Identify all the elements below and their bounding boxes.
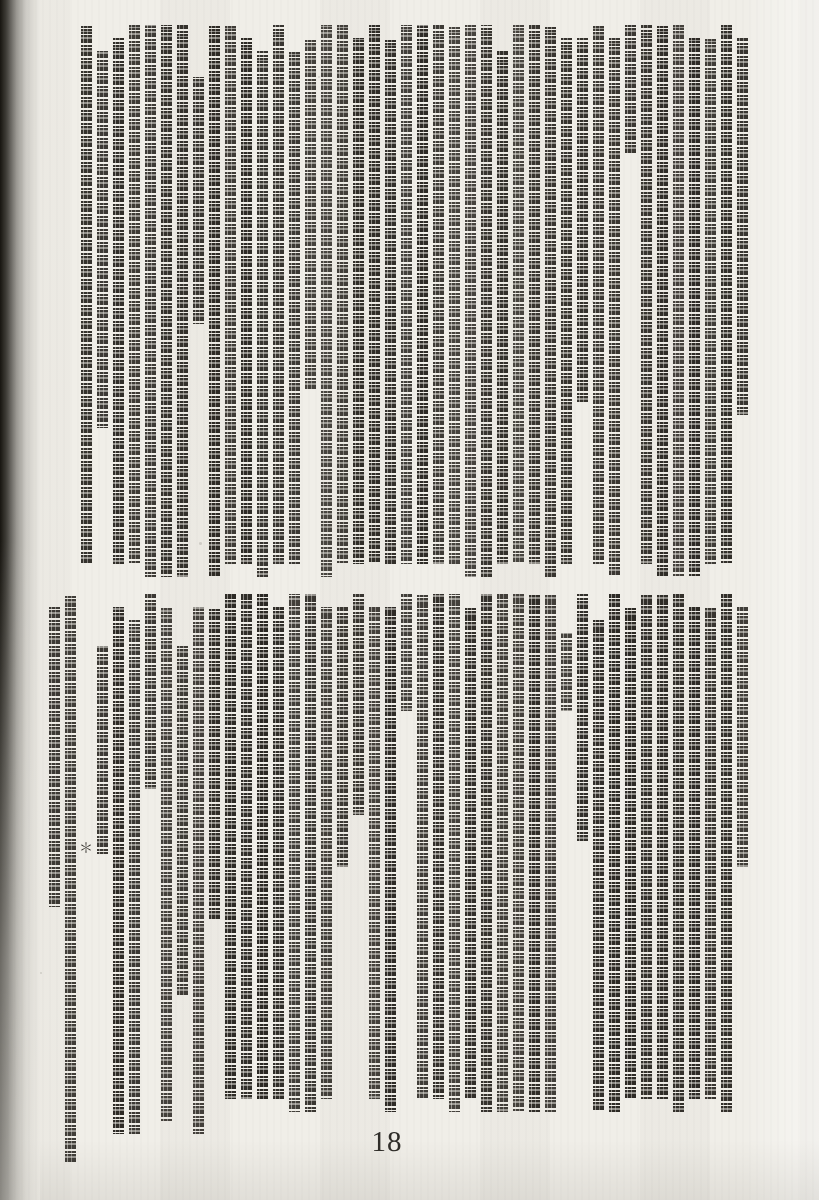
text-column [273, 25, 284, 564]
text-column [225, 25, 236, 564]
text-column [609, 38, 620, 577]
text-column [545, 594, 556, 1112]
text-column [641, 594, 652, 1099]
text-column [449, 25, 460, 564]
text-column [177, 646, 188, 997]
text-block-bottom [49, 594, 748, 1179]
section-break-marker: ＊ [77, 843, 95, 857]
text-column [705, 38, 716, 564]
text-column [417, 594, 428, 1099]
text-column [625, 25, 636, 155]
text-column [433, 25, 444, 564]
text-column [241, 38, 252, 564]
text-column [449, 594, 460, 1112]
text-column [593, 620, 604, 1112]
text-column [161, 25, 172, 577]
text-column [321, 607, 332, 1099]
text-column [481, 25, 492, 577]
text-column [737, 38, 748, 415]
text-column [497, 594, 508, 1112]
page-number: 18 [360, 1126, 414, 1158]
text-column [385, 38, 396, 564]
text-column [657, 25, 668, 577]
scan-speck [40, 972, 42, 974]
text-column [209, 607, 220, 919]
text-column [49, 607, 60, 907]
text-column [353, 594, 364, 815]
text-column [641, 25, 652, 564]
text-column [513, 25, 524, 564]
text-column [177, 25, 188, 577]
text-column [673, 594, 684, 1112]
text-column [625, 607, 636, 1099]
text-column [129, 620, 140, 1134]
text-column [577, 38, 588, 402]
text-column [385, 607, 396, 1112]
text-column [401, 25, 412, 564]
text-column [673, 25, 684, 577]
text-block-top [81, 25, 748, 585]
text-column [609, 594, 620, 1112]
text-column [145, 25, 156, 577]
text-column [257, 594, 268, 1099]
text-column [305, 594, 316, 1112]
text-column [337, 25, 348, 564]
text-column [257, 51, 268, 577]
text-column [289, 51, 300, 564]
text-column [529, 594, 540, 1112]
text-column [129, 25, 140, 564]
text-column [113, 38, 124, 564]
text-column [417, 25, 428, 564]
text-column [705, 607, 716, 1099]
text-column [593, 25, 604, 564]
text-column [81, 25, 92, 564]
text-column [561, 633, 572, 711]
text-column [241, 594, 252, 1099]
text-column [369, 607, 380, 1099]
text-column [225, 594, 236, 1099]
text-column [273, 607, 284, 1099]
text-column [193, 607, 204, 1134]
text-column [513, 594, 524, 1112]
text-column [689, 38, 700, 577]
text-column [721, 594, 732, 1112]
text-column [561, 38, 572, 564]
text-column [193, 77, 204, 324]
text-column [657, 594, 668, 1099]
text-column [545, 25, 556, 577]
text-column [97, 51, 108, 428]
text-column [321, 25, 332, 577]
text-column [721, 25, 732, 564]
text-column [689, 607, 700, 1099]
text-column [577, 594, 588, 841]
text-column [145, 594, 156, 789]
text-column [97, 646, 108, 854]
binding-shadow-gutter [0, 0, 40, 1200]
text-column [305, 38, 316, 389]
text-column [337, 607, 348, 867]
text-column [209, 25, 220, 577]
text-column [737, 607, 748, 867]
text-column [65, 594, 76, 1162]
text-column [433, 594, 444, 1099]
text-column [481, 594, 492, 1112]
text-column [465, 25, 476, 577]
text-column [465, 607, 476, 1099]
book-page-scan: ＊ 18 [0, 0, 819, 1200]
text-column [401, 594, 412, 711]
text-column [113, 607, 124, 1134]
text-column [289, 594, 300, 1112]
text-column [369, 25, 380, 564]
text-column [161, 607, 172, 1121]
text-column [353, 38, 364, 564]
text-column [497, 51, 508, 564]
text-column [529, 25, 540, 564]
